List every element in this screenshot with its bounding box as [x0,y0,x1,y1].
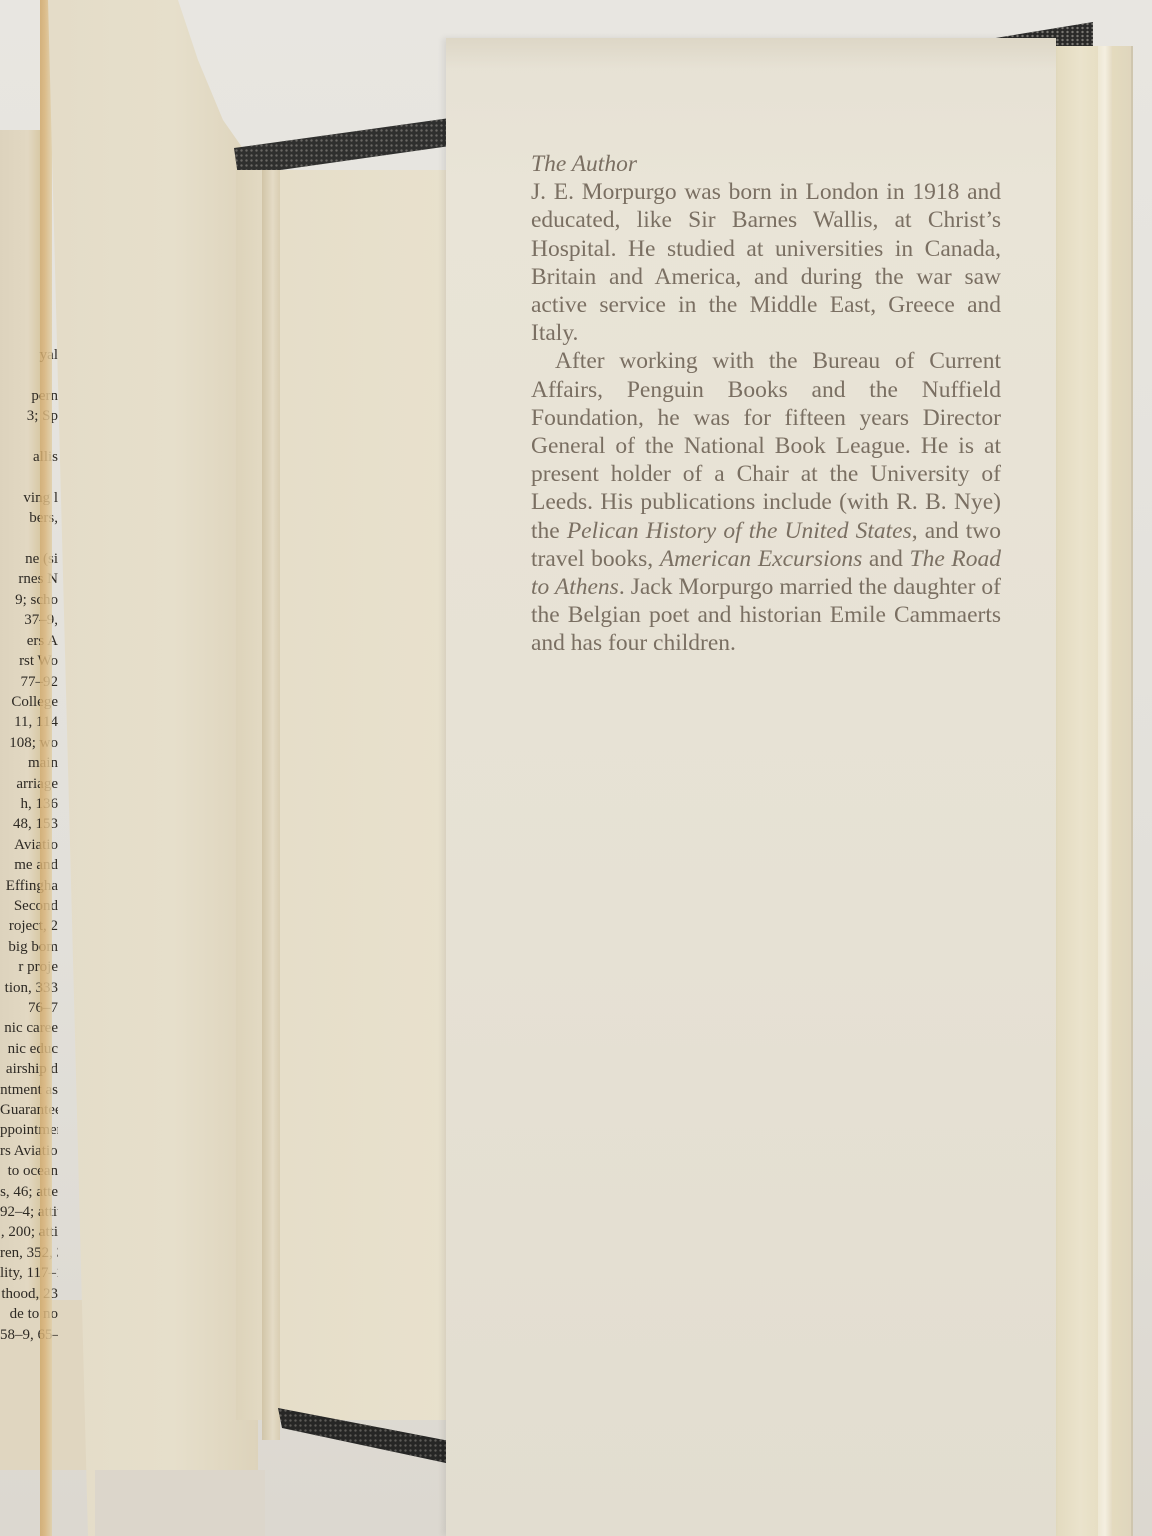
book-title-american-excursions: American Excursions [660,546,862,572]
jacket-fold-crease [1098,46,1112,1536]
bio-heading: The Author [531,150,1001,178]
bio-paragraph-1: J. E. Morpurgo was born in London in 191… [531,178,1001,347]
bio-text: After working with the Bureau of Current… [531,348,1001,543]
flyleaf-shadow [95,1470,265,1536]
bio-paragraph-2: After working with the Bureau of Current… [531,347,1001,657]
book-title-pelican-history: Pelican History of the United States [567,518,912,544]
flap-top-edge [446,38,1056,68]
bio-text: and [862,546,909,572]
book-hinge [262,170,280,1440]
page-edge-stain [40,0,52,1536]
author-bio: The Author J. E. Morpurgo was born in Lo… [531,150,1001,658]
jacket-fold [1053,46,1133,1536]
